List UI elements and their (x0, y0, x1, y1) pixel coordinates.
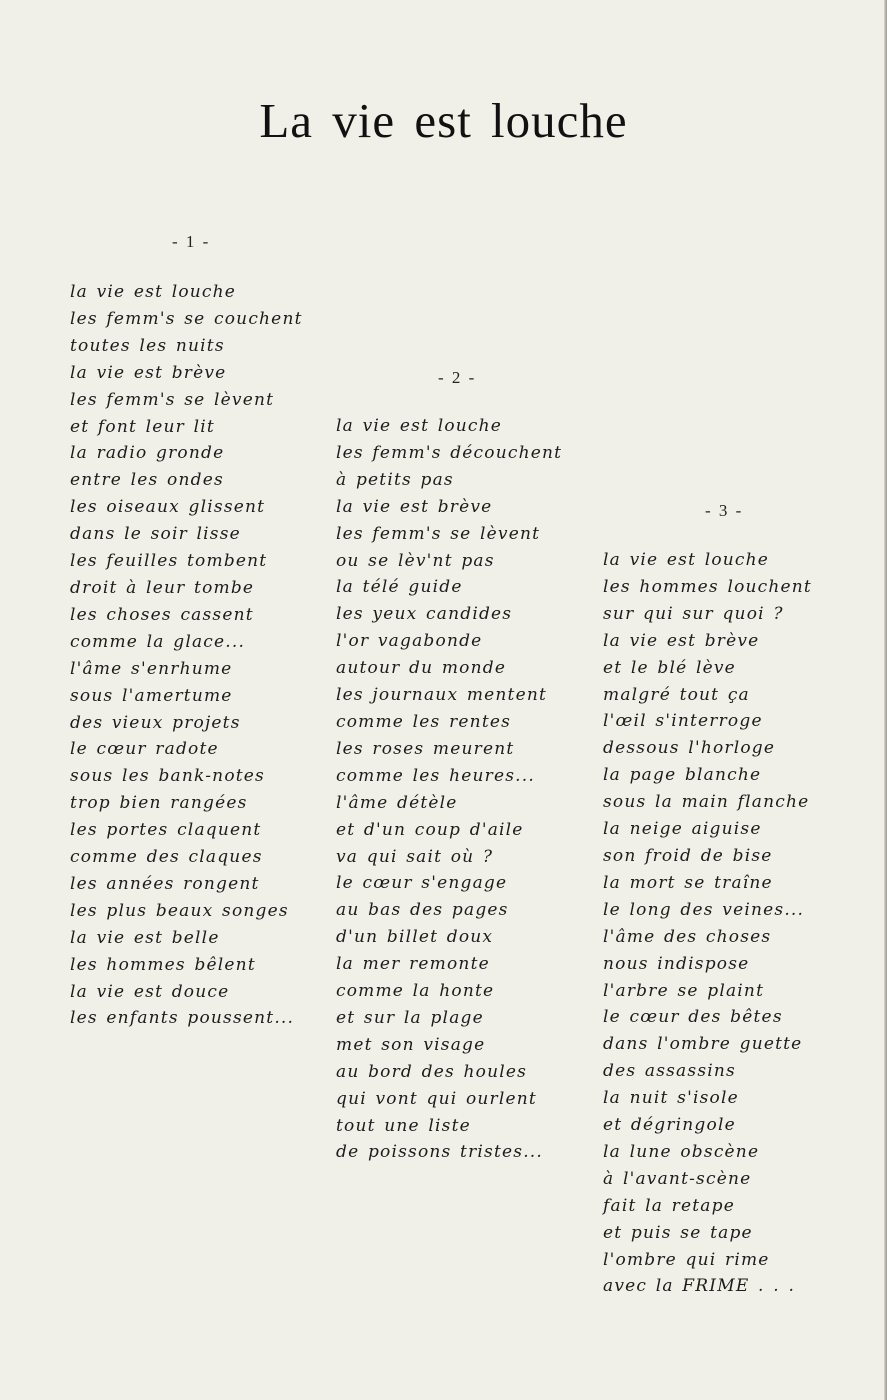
poem-line: les années rongent (70, 871, 303, 898)
poem-line: le cœur s'engage (336, 870, 562, 897)
poem-line: la radio gronde (70, 440, 303, 467)
stanza-1: la vie est loucheles femm's se couchentt… (70, 279, 303, 1032)
poem-line: de poissons tristes... (336, 1139, 562, 1166)
poem-line: au bord des houles (336, 1059, 562, 1086)
poem-line: les femm's se lèvent (336, 521, 562, 548)
poem-line: son froid de bise (603, 843, 812, 870)
poem-line: entre les ondes (70, 467, 303, 494)
poem-line: la vie est louche (603, 547, 812, 574)
poem-line: tout une liste (336, 1113, 562, 1140)
poem-line: les hommes louchent (603, 574, 812, 601)
poem-line: sous la main flanche (603, 789, 812, 816)
poem-line: la vie est louche (70, 279, 303, 306)
poem-line: la vie est douce (70, 979, 303, 1006)
poem-line: la vie est belle (70, 925, 303, 952)
poem-line: des assassins (603, 1058, 812, 1085)
poem-line: ou se lèv'nt pas (336, 548, 562, 575)
poem-line: l'âme détèle (336, 790, 562, 817)
poem-line: le cœur des bêtes (603, 1004, 812, 1031)
poem-line: les femm's se lèvent (70, 387, 303, 414)
poem-line: les portes claquent (70, 817, 303, 844)
poem-line: les femm's découchent (336, 440, 562, 467)
poem-line: sous l'amertume (70, 683, 303, 710)
poem-line: dans l'ombre guette (603, 1031, 812, 1058)
poem-line: la neige aiguise (603, 816, 812, 843)
poem-line: comme des claques (70, 844, 303, 871)
poem-line: à petits pas (336, 467, 562, 494)
poem-line: trop bien rangées (70, 790, 303, 817)
poem-line: malgré tout ça (603, 682, 812, 709)
poem-line: fait la retape (603, 1193, 812, 1220)
poem-line: va qui sait où ? (336, 844, 562, 871)
poem-line: la page blanche (603, 762, 812, 789)
poem-line: et d'un coup d'aile (336, 817, 562, 844)
poem-line: nous indispose (603, 951, 812, 978)
poem-line: la vie est brève (336, 494, 562, 521)
poem-line: et sur la plage (336, 1005, 562, 1032)
poem-line: les roses meurent (336, 736, 562, 763)
poem-line: comme la honte (336, 978, 562, 1005)
poem-line: toutes les nuits (70, 333, 303, 360)
poem-line: au bas des pages (336, 897, 562, 924)
stanza-2: la vie est loucheles femm's découchentà … (336, 413, 562, 1166)
poem-line: les feuilles tombent (70, 548, 303, 575)
section-number-2: - 2 - (438, 368, 476, 388)
poem-line: la vie est louche (336, 413, 562, 440)
poem-line: comme les heures... (336, 763, 562, 790)
poem-line: la mort se traîne (603, 870, 812, 897)
poem-line: droit à leur tombe (70, 575, 303, 602)
poem-line: la télé guide (336, 574, 562, 601)
poem-line: et le blé lève (603, 655, 812, 682)
poem-title: La vie est louche (0, 92, 887, 149)
poem-line: la vie est brève (70, 360, 303, 387)
poem-line: avec la FRIME . . . (603, 1273, 812, 1300)
poem-line: l'or vagabonde (336, 628, 562, 655)
poem-line: l'âme des choses (603, 924, 812, 951)
poem-line: l'âme s'enrhume (70, 656, 303, 683)
poem-line: sous les bank-notes (70, 763, 303, 790)
poem-line: des vieux projets (70, 710, 303, 737)
stanza-3: la vie est loucheles hommes louchentsur … (603, 547, 812, 1300)
poem-line: et dégringole (603, 1112, 812, 1139)
poem-line: sur qui sur quoi ? (603, 601, 812, 628)
poem-line: le long des veines... (603, 897, 812, 924)
poem-line: comme la glace... (70, 629, 303, 656)
poem-line: et font leur lit (70, 414, 303, 441)
poem-line: l'œil s'interroge (603, 708, 812, 735)
poem-line: comme les rentes (336, 709, 562, 736)
poem-line: les yeux candides (336, 601, 562, 628)
poem-line: les plus beaux songes (70, 898, 303, 925)
poem-line: le cœur radote (70, 736, 303, 763)
poem-line: les enfants poussent... (70, 1005, 303, 1032)
poem-line: les choses cassent (70, 602, 303, 629)
poem-line: et puis se tape (603, 1220, 812, 1247)
poem-line: les journaux mentent (336, 682, 562, 709)
poem-line: la nuit s'isole (603, 1085, 812, 1112)
poem-line: dans le soir lisse (70, 521, 303, 548)
poem-line: autour du monde (336, 655, 562, 682)
poem-line: la lune obscène (603, 1139, 812, 1166)
poem-line: d'un billet doux (336, 924, 562, 951)
poem-line: les oiseaux glissent (70, 494, 303, 521)
poem-line: la vie est brève (603, 628, 812, 655)
poem-line: dessous l'horloge (603, 735, 812, 762)
poem-line: l'ombre qui rime (603, 1247, 812, 1274)
poem-line: la mer remonte (336, 951, 562, 978)
poem-line: l'arbre se plaint (603, 978, 812, 1005)
poem-line: qui vont qui ourlent (336, 1086, 562, 1113)
poem-line: met son visage (336, 1032, 562, 1059)
poem-line: les femm's se couchent (70, 306, 303, 333)
section-number-3: - 3 - (705, 501, 743, 521)
poem-line: les hommes bêlent (70, 952, 303, 979)
section-number-1: - 1 - (172, 232, 210, 252)
poem-line: à l'avant-scène (603, 1166, 812, 1193)
